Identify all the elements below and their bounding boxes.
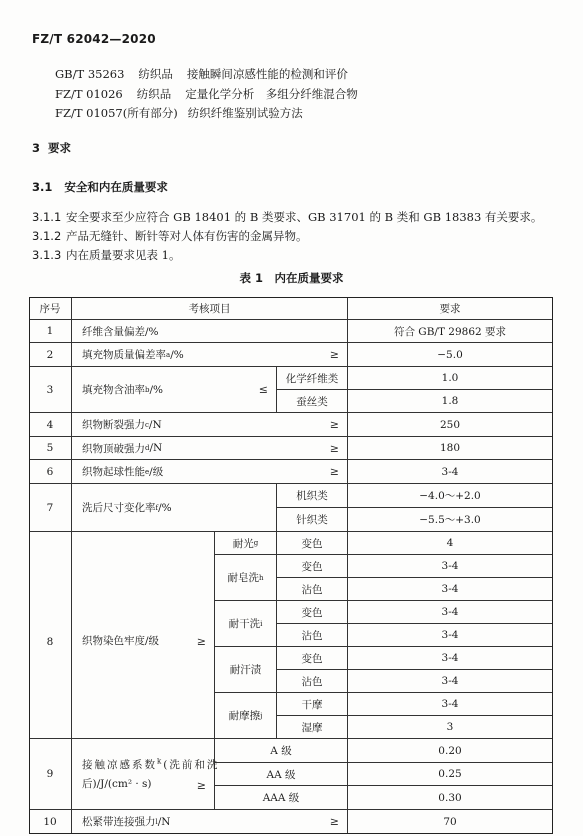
ge-symbol: ≥: [197, 635, 206, 648]
clause-3-1-1: 3.1.1安全要求至少应符合 GB 18401 的 B 类要求、GB 31701…: [32, 209, 542, 225]
row-3-req-1: 1.0: [348, 367, 553, 390]
item-label-line-2: 后)/J/(cm² · s): [82, 776, 152, 791]
colorfastness-light: 耐光g: [215, 532, 277, 555]
reference-1: GB/T 35263纺织品接触瞬间凉感性能的检测和评价: [55, 66, 348, 82]
group-label: 耐摩擦: [229, 708, 261, 723]
row-9-sub-2: AA 级: [215, 763, 348, 786]
ge-symbol: ≥: [330, 442, 339, 455]
quality-requirements-table: 序号 考核项目 要求 1 纤维含量偏差/% 符合 GB/T 29862 要求 2…: [29, 297, 553, 834]
footnote-mark: i: [260, 620, 262, 628]
item-label: 织物起球性能: [82, 464, 145, 479]
row-4-seq: 4: [29, 413, 72, 437]
footnote-mark: j: [260, 712, 262, 720]
colorfastness-drycleaning: 耐干洗i: [215, 601, 277, 647]
reference-3: FZ/T 01057(所有部分)纺织纤维鉴别试验方法: [55, 105, 303, 121]
header-item: 考核项目: [72, 297, 348, 320]
colorfastness-drycleaning-req-1: 3-4: [348, 601, 553, 624]
clause-text: 安全要求至少应符合 GB 18401 的 B 类要求、GB 31701 的 B …: [66, 210, 542, 224]
group-label: 耐光: [233, 536, 254, 551]
reference-code: FZ/T 01026: [55, 87, 123, 101]
colorfastness-soaping: 耐皂洗h: [215, 555, 277, 601]
clause-number: 3.1.3: [32, 248, 66, 262]
group-label: 耐干洗: [229, 616, 261, 631]
row-5-req: 180: [348, 437, 553, 460]
ge-symbol: ≥: [330, 815, 339, 828]
group-label: 耐汗渍: [230, 662, 262, 677]
colorfastness-soaping-req-2: 3-4: [348, 578, 553, 601]
clause-number: 3.1.1: [32, 210, 66, 224]
colorfastness-perspiration-sub-2: 沾色: [277, 670, 348, 693]
row-10-item: 松紧带连接强力l/N≥: [72, 810, 348, 834]
reference-code: GB/T 35263: [55, 67, 124, 81]
row-7-req-2: −5.5～+3.0: [348, 508, 553, 532]
item-label: 填充物质量偏差率: [82, 347, 166, 362]
colorfastness-drycleaning-sub-1: 变色: [277, 601, 348, 624]
colorfastness-perspiration-req-2: 3-4: [348, 670, 553, 693]
item-unit: /%: [158, 502, 172, 514]
clause-3-1-2: 3.1.2产品无缝针、断针等对人体有伤害的金属异物。: [32, 228, 308, 244]
subsection-heading: 3.1 安全和内在质量要求: [32, 179, 168, 195]
row-9-req-3: 0.30: [348, 786, 553, 810]
row-4-item: 织物断裂强力c/N≥: [72, 413, 348, 437]
row-8-seq: 8: [29, 532, 72, 739]
row-5-seq: 5: [29, 437, 72, 460]
row-7-seq: 7: [29, 484, 72, 532]
row-1-seq: 1: [29, 320, 72, 343]
footnote-mark: g: [254, 539, 258, 547]
item-unit: /%: [170, 349, 184, 361]
item-label: 松紧带连接强力: [82, 814, 156, 829]
reference-title: 定量化学分析 多组分纤维混合物: [185, 87, 358, 101]
subsection-title: 安全和内在质量要求: [64, 180, 168, 194]
ge-symbol: ≥: [330, 348, 339, 361]
row-8-item: 织物染色牢度/级≥: [72, 532, 215, 739]
clause-3-1-3: 3.1.3内在质量要求见表 1。: [32, 247, 180, 263]
row-9-seq: 9: [29, 739, 72, 810]
row-10-seq: 10: [29, 810, 72, 834]
row-7-sub-2: 针织类: [277, 508, 348, 532]
item-unit: /N: [149, 419, 162, 431]
row-1-item: 纤维含量偏差/%: [72, 320, 348, 343]
table-caption: 表 1 内在质量要求: [0, 270, 583, 286]
row-6-seq: 6: [29, 460, 72, 484]
reference-part: 纺织品: [138, 67, 173, 81]
section-title: 要求: [48, 141, 71, 155]
item-label: 填充物含油率: [82, 382, 145, 397]
row-7-item: 洗后尺寸变化率f/%: [72, 484, 277, 532]
clause-text: 产品无缝针、断针等对人体有伤害的金属异物。: [66, 229, 308, 243]
row-2-item: 填充物质量偏差率a/%≥: [72, 343, 348, 367]
colorfastness-soaping-sub-1: 变色: [277, 555, 348, 578]
row-4-req: 250: [348, 413, 553, 437]
footnote-mark: h: [259, 574, 264, 582]
row-3-req-2: 1.8: [348, 390, 553, 413]
row-6-item: 织物起球性能e/级≥: [72, 460, 348, 484]
colorfastness-rubbing-sub-2: 湿摩: [277, 716, 348, 739]
colorfastness-perspiration-sub-1: 变色: [277, 647, 348, 670]
clause-text: 内在质量要求见表 1。: [66, 248, 180, 262]
group-label: 耐皂洗: [227, 570, 259, 585]
row-10-req: 70: [348, 810, 553, 834]
row-9-item: 接触凉感系数k(洗前和洗 后)/J/(cm² · s) ≥: [72, 739, 215, 810]
colorfastness-perspiration: 耐汗渍: [215, 647, 277, 693]
subsection-number: 3.1: [32, 180, 52, 194]
item-label-line-1: 接触凉感系数k(洗前和洗: [82, 757, 219, 772]
le-symbol: ≤: [259, 383, 268, 396]
ge-symbol: ≥: [330, 465, 339, 478]
row-3-sub-1: 化学纤维类: [277, 367, 348, 390]
reference-code: FZ/T 01057(所有部分): [55, 106, 178, 120]
row-6-req: 3-4: [348, 460, 553, 484]
header-requirement: 要求: [348, 297, 553, 320]
item-label: 织物断裂强力: [82, 417, 145, 432]
row-7-req-1: −4.0～+2.0: [348, 484, 553, 508]
item-unit: /N: [158, 816, 171, 828]
standard-number: FZ/T 62042—2020: [32, 32, 156, 46]
reference-part: 纺织纤维鉴别试验方法: [188, 106, 303, 120]
item-unit: /级: [149, 464, 163, 479]
item-label: 洗后尺寸变化率: [82, 500, 156, 515]
row-9-req-2: 0.25: [348, 763, 553, 786]
reference-part: 纺织品: [137, 87, 172, 101]
colorfastness-rubbing: 耐摩擦j: [215, 693, 277, 739]
row-2-seq: 2: [29, 343, 72, 367]
row-3-item: 填充物含油率b/%≤: [72, 367, 277, 413]
item-label: 接触凉感系数: [82, 759, 157, 771]
colorfastness-rubbing-sub-1: 干摩: [277, 693, 348, 716]
reference-2: FZ/T 01026纺织品定量化学分析 多组分纤维混合物: [55, 86, 358, 102]
colorfastness-rubbing-req-1: 3-4: [348, 693, 553, 716]
item-label: 织物顶破强力: [82, 441, 145, 456]
row-3-sub-2: 蚕丝类: [277, 390, 348, 413]
colorfastness-soaping-req-1: 3-4: [348, 555, 553, 578]
item-unit: /N: [149, 442, 162, 454]
header-seq: 序号: [29, 297, 72, 320]
reference-title: 接触瞬间凉感性能的检测和评价: [187, 67, 348, 81]
colorfastness-soaping-sub-2: 沾色: [277, 578, 348, 601]
clause-number: 3.1.2: [32, 229, 66, 243]
section-heading: 3 要求: [32, 140, 71, 156]
colorfastness-light-sub-1: 变色: [277, 532, 348, 555]
row-7-sub-1: 机织类: [277, 484, 348, 508]
colorfastness-rubbing-req-2: 3: [348, 716, 553, 739]
row-3-seq: 3: [29, 367, 72, 413]
ge-symbol: ≥: [330, 418, 339, 431]
item-label-cont: (洗前和洗: [163, 759, 219, 771]
colorfastness-drycleaning-sub-2: 沾色: [277, 624, 348, 647]
colorfastness-light-req-1: 4: [348, 532, 553, 555]
row-1-req: 符合 GB/T 29862 要求: [348, 320, 553, 343]
row-9-sub-1: A 级: [215, 739, 348, 763]
row-5-item: 织物顶破强力d/N≥: [72, 437, 348, 460]
colorfastness-drycleaning-req-2: 3-4: [348, 624, 553, 647]
ge-symbol: ≥: [197, 779, 206, 792]
item-label: 织物染色牢度/级: [82, 633, 159, 648]
row-2-req: −5.0: [348, 343, 553, 367]
item-unit: /%: [149, 384, 163, 396]
colorfastness-perspiration-req-1: 3-4: [348, 647, 553, 670]
row-9-req-1: 0.20: [348, 739, 553, 763]
section-number: 3: [32, 141, 40, 155]
row-9-sub-3: AAA 级: [215, 786, 348, 810]
